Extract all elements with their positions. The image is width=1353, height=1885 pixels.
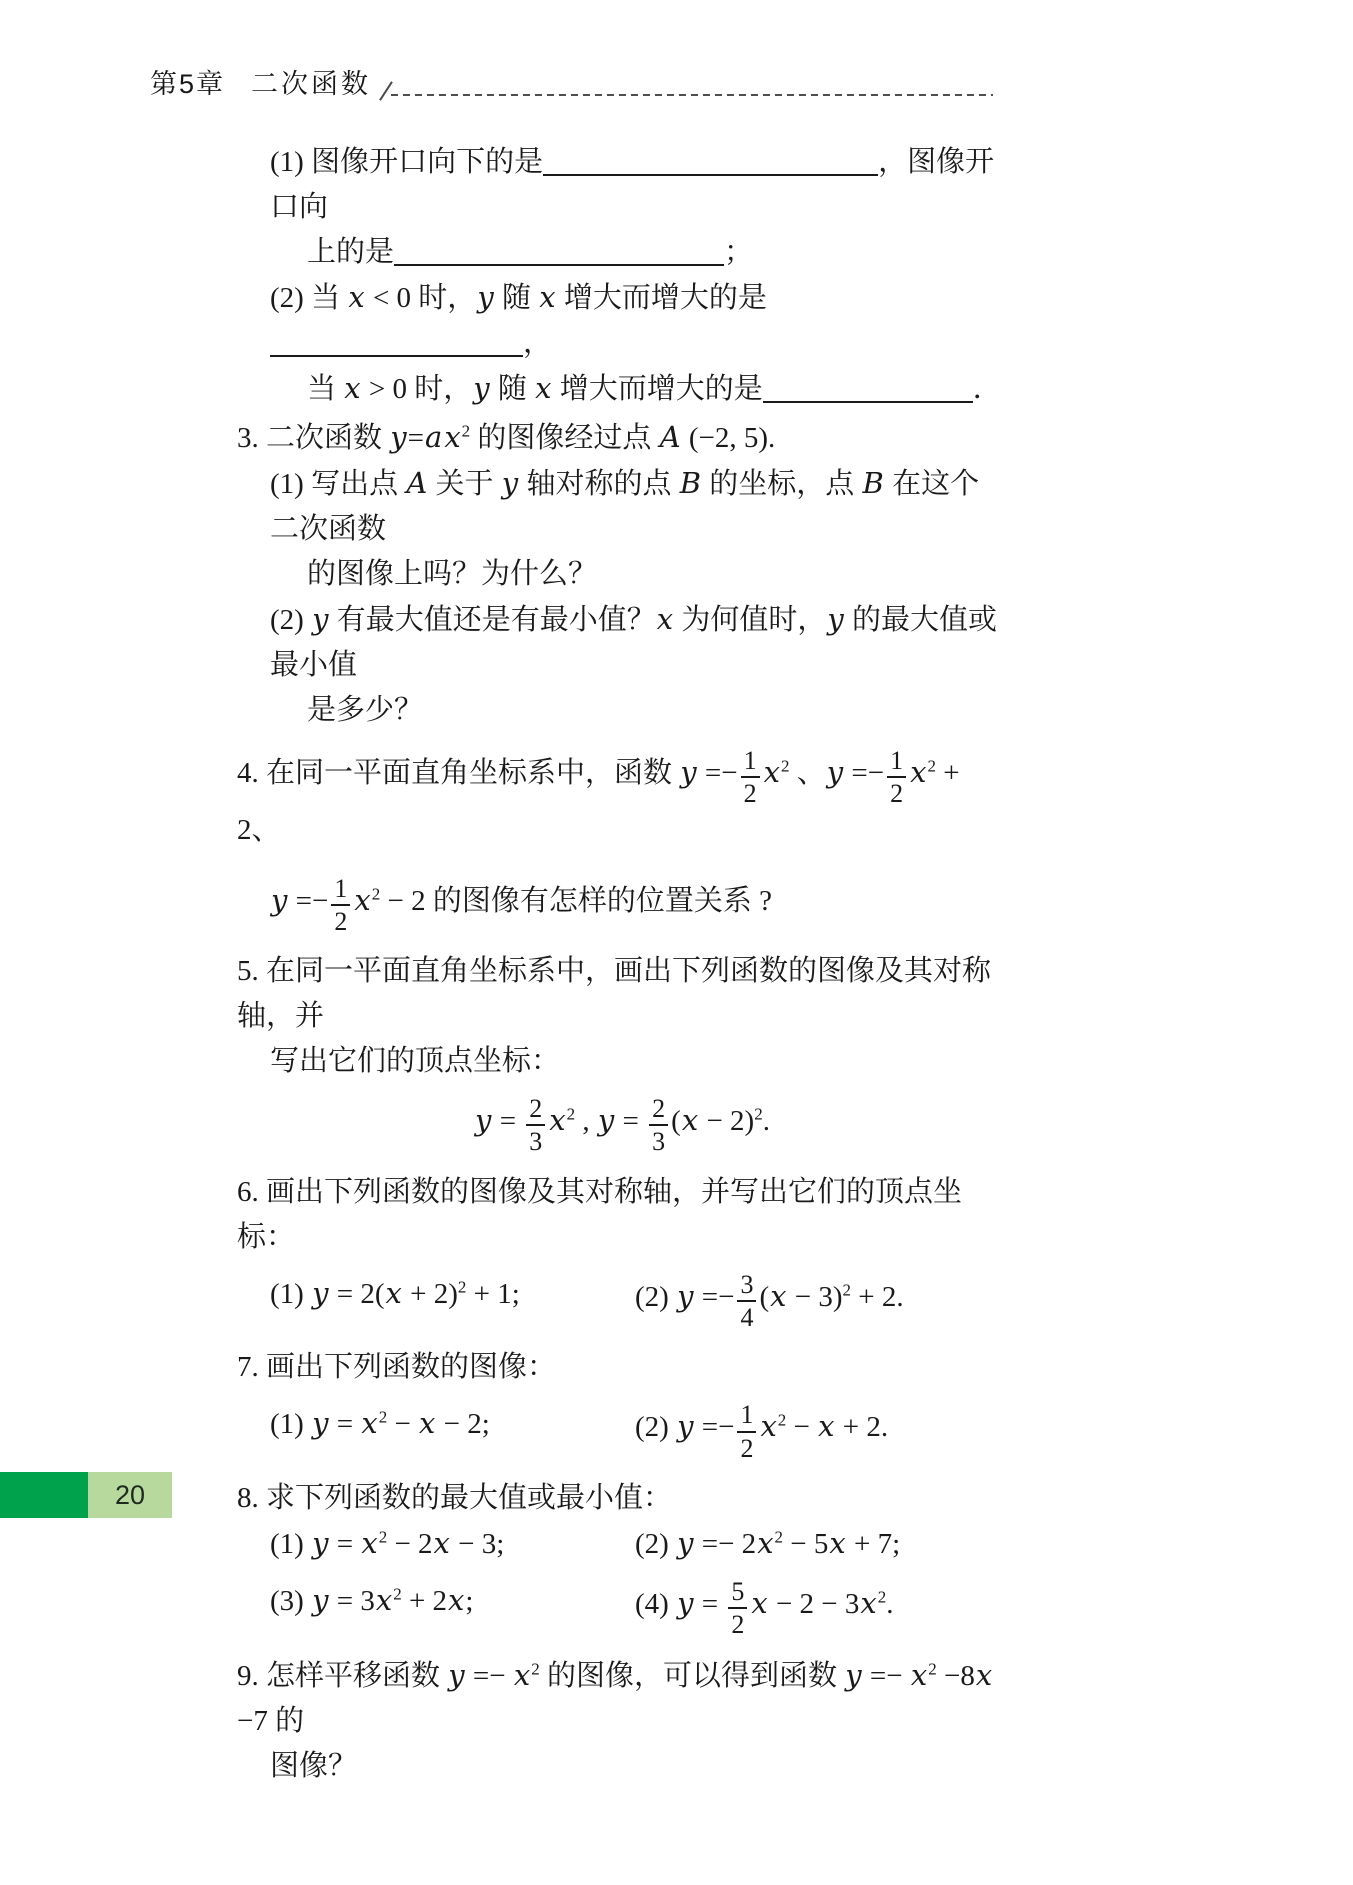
exercise-line: 6. 画出下列函数的图像及其对称轴，并写出它们的顶点坐标： [237, 1170, 1007, 1260]
page-number: 20 [115, 1480, 145, 1511]
exercise-line: 7. 画出下列函数的图像： [237, 1345, 1007, 1390]
chapter-number: 第5章 [150, 62, 225, 101]
exercise-line: 图像？ [237, 1744, 1007, 1789]
textbook-page: 第5章 二次函数 (1) 图像开口向下的是，图像开口向上的是；(2) 当 x <… [0, 0, 1353, 1885]
exercise-line: (1) y = 2(x + 2)2 + 1;(2) y =−34(x − 3)2… [237, 1260, 1007, 1343]
fraction: 23 [526, 1095, 545, 1156]
exercise-line: (1) 图像开口向下的是，图像开口向 [237, 140, 1007, 230]
fraction: 12 [737, 1401, 756, 1462]
exercise-item: (1) y = x2 − 2x − 3; [270, 1521, 635, 1567]
exercise-line: 写出它们的顶点坐标： [237, 1039, 1007, 1084]
exercise-item: (2) y =−12x2 − x + 2. [635, 1401, 1007, 1462]
exercise-item: (3) y = 3x2 + 2x; [270, 1578, 635, 1639]
exercise-line: 9. 怎样平移函数 y =− x2 的图像，可以得到函数 y =− x2 −8x… [237, 1653, 1007, 1744]
exercise-line: 4. 在同一平面直角坐标系中，函数 y =−12x2 、y =−12x2 + 2… [237, 736, 1007, 864]
exercise-line: y =−12x2 − 2 的图像有怎样的位置关系 ? [237, 864, 1007, 947]
exercise-line: (1) y = x2 − x − 2;(2) y =−12x2 − x + 2. [237, 1390, 1007, 1473]
exercise-item: (2) y =− 2x2 − 5x + 7; [635, 1521, 1007, 1567]
footer-light-block: 20 [88, 1472, 172, 1518]
exercise-item: (4) y = 52x − 2 − 3x2. [635, 1578, 1007, 1639]
exercise-line: 5. 在同一平面直角坐标系中，画出下列函数的图像及其对称轴，并 [237, 949, 1007, 1039]
footer-dark-block [0, 1472, 88, 1518]
fraction: 34 [737, 1271, 756, 1332]
exercise-list: (1) 图像开口向下的是，图像开口向上的是；(2) 当 x < 0 时，y 随 … [237, 140, 1007, 1789]
answer-blank [543, 145, 878, 176]
exercise-line: 上的是； [237, 230, 1007, 275]
exercise-line: (3) y = 3x2 + 2x;(4) y = 52x − 2 − 3x2. [237, 1567, 1007, 1650]
exercise-item: (1) y = x2 − x − 2; [270, 1401, 635, 1462]
answer-blank [763, 372, 973, 403]
exercise-item: (2) y =−34(x − 3)2 + 2. [635, 1271, 1007, 1332]
page-header: 第5章 二次函数 [150, 62, 993, 101]
fraction: 12 [741, 747, 760, 808]
exercise-item: (1) y = 2(x + 2)2 + 1; [270, 1271, 635, 1332]
exercise-line: 8. 求下列函数的最大值或最小值： [237, 1476, 1007, 1521]
fraction: 12 [331, 875, 350, 936]
fraction: 12 [887, 747, 906, 808]
exercise-line: 3. 二次函数 y=ax2 的图像经过点 A (−2, 5). [237, 415, 1007, 461]
header-dashed-rule [391, 94, 993, 96]
exercise-line: 的图像上吗？为什么？ [237, 552, 1007, 597]
answer-blank [270, 326, 523, 357]
exercise-line: (2) 当 x < 0 时，y 随 x 增大而增大的是， [237, 275, 1007, 366]
chapter-title: 二次函数 [251, 62, 371, 101]
exercise-line: y = 23x2 , y = 23(x − 2)2. [237, 1084, 1007, 1167]
fraction: 52 [728, 1578, 747, 1639]
exercise-line: (1) 写出点 A 关于 y 轴对称的点 B 的坐标，点 B 在这个二次函数 [237, 461, 1007, 552]
exercise-line: 是多少？ [237, 688, 1007, 733]
exercise-line: 当 x > 0 时，y 随 x 增大而增大的是． [237, 366, 1007, 412]
answer-blank [394, 235, 724, 266]
exercise-line: (2) y 有最大值还是有最小值？x 为何值时，y 的最大值或最小值 [237, 597, 1007, 688]
header-slash-mark [379, 81, 393, 101]
exercise-line: (1) y = x2 − 2x − 3;(2) y =− 2x2 − 5x + … [237, 1521, 1007, 1567]
fraction: 23 [649, 1095, 668, 1156]
